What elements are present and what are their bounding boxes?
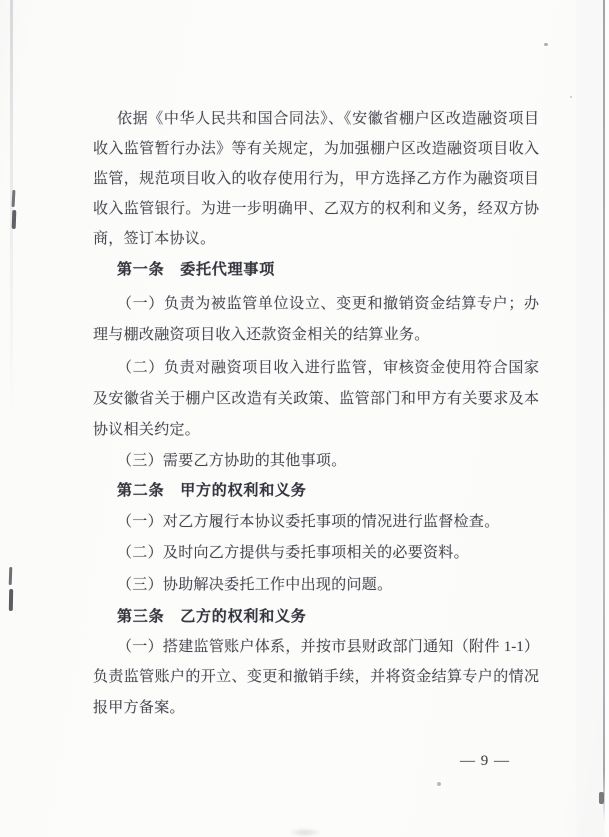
text-line: 协议相关约定。 [93,421,539,440]
scan-binding-mark [12,190,16,207]
text-line: 监管，规范项目收入的收存使用行为，甲方选择乙方作为融资项目 [93,170,539,189]
document-page: 依据《中华人民共和国合同法》、《安徽省棚户区改造融资项目收入监管暂行办法》等有关… [0,0,609,837]
scan-binding-mark [9,589,13,611]
text-line: （一）负责为被监管单位设立、变更和撤销资金结算专户；办 [93,295,539,314]
page-edge-line [603,0,605,822]
text-line: 商，签订本协议。 [93,230,539,249]
scan-speck [544,43,548,46]
text-line: 报甲方备案。 [93,699,539,718]
text-line: 收入监管暂行办法》等有关规定，为加强棚户区改造融资项目收入 [93,140,539,159]
section-heading: 第二条 甲方的权利和义务 [93,482,539,501]
section-heading: 第一条 委托代理事项 [93,261,539,280]
text-line: 依据《中华人民共和国合同法》、《安徽省棚户区改造融资项目 [93,110,539,129]
text-line: 收入监管银行。为进一步明确甲、乙双方的权利和义务，经双方协 [93,200,539,219]
page-tone-strip [576,0,603,837]
section-heading: 第三条 乙方的权利和义务 [93,608,539,627]
text-line: 及安徽省关于棚户区改造有关政策、监管部门和甲方有关要求及本 [93,390,539,409]
scan-edge-mark [599,792,604,804]
text-line: （二）负责对融资项目收入进行监管，审核资金使用符合国家 [93,359,539,378]
text-line: （二）及时向乙方提供与委托事项相关的必要资料。 [93,544,539,563]
page-number: — 9 — [460,753,510,770]
text-line: （一）搭建监管账户体系，并按市县财政部门通知（附件 1-1） [93,638,539,657]
scan-binding-mark [12,210,17,229]
text-line: 负责监管账户的开立、变更和撤销手续，并将资金结算专户的情况 [93,668,539,687]
text-line: （三）需要乙方协助的其他事项。 [93,452,539,471]
page-edge-highlight [605,0,609,837]
text-line: （一）对乙方履行本协议委托事项的情况进行监督检查。 [93,513,539,532]
text-line: （三）协助解决委托工作中出现的问题。 [93,576,539,595]
text-line: 理与棚改融资项目收入还款资金相关的结算业务。 [93,326,539,345]
scan-speck [570,96,572,98]
document-body: 依据《中华人民共和国合同法》、《安徽省棚户区改造融资项目收入监管暂行办法》等有关… [93,0,539,837]
scan-binding-mark [9,567,13,585]
